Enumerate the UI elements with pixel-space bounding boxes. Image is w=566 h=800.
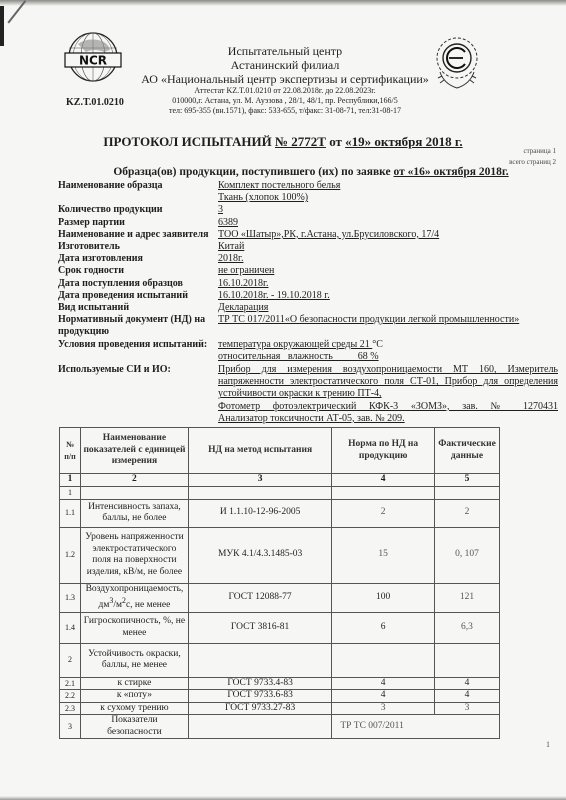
row-actual	[434, 486, 499, 499]
table-row: 3 Показатели безопасности ТР ТС 007/2011	[60, 715, 500, 739]
mfg-date-label: Дата изготовления	[58, 253, 218, 265]
attestat: Аттестат KZ.T.01.0210 от 22.08.2018г. до…	[140, 86, 430, 96]
row-num: 1	[60, 486, 81, 499]
row-norm: 4	[332, 690, 435, 703]
sample-heading-text: Образца(ов) продукции, поступившего (их)…	[113, 166, 393, 178]
row-norm	[332, 486, 435, 499]
info-row-sample-name: Наименование образца Комплект постельног…	[58, 180, 558, 192]
shelf-life-value: не ограничен	[218, 265, 558, 277]
received-value: 16.10.2018г.	[218, 278, 558, 290]
batch-label: Размер партии	[58, 217, 218, 229]
title-middle: от	[326, 134, 345, 149]
row-indicator: Уровень напряженности электростатическог…	[80, 527, 188, 583]
unit-part: с, не менее	[126, 600, 170, 610]
row-method: ГОСТ 12088-77	[188, 583, 331, 612]
row-indicator: к стирке	[80, 677, 188, 690]
norm-doc-value: ТР ТС 017/2011«О безопасности продукции …	[218, 314, 558, 338]
row-num: 2	[60, 643, 81, 677]
row-norm	[332, 643, 435, 677]
row-norm: 15	[332, 527, 435, 583]
page-info: страница 1 всего страниц 2	[509, 146, 556, 168]
row-indicator: Показатели безопасности	[80, 715, 188, 739]
protocol-number: № 2772Т	[275, 134, 326, 149]
row-indicator: к «поту»	[80, 690, 188, 703]
table-row: 2.1 к стирке ГОСТ 9733.4-83 4 4	[60, 677, 500, 690]
row-norm: 4	[332, 677, 435, 690]
quantity-value: 3	[218, 204, 558, 216]
col-number: 5	[434, 474, 499, 487]
info-row-conditions: Условия проведения испытаний: температур…	[58, 339, 558, 351]
sample-info: Наименование образца Комплект постельног…	[58, 180, 558, 425]
test-dates-value: 16.10.2018г. - 19.10.2018 г.	[218, 290, 558, 302]
row-actual: 3	[434, 702, 499, 715]
page-number: 1	[546, 740, 550, 749]
table-row: 1.2 Уровень напряженности электростатиче…	[60, 527, 500, 583]
sample-name-value: Комплект постельного белья	[218, 180, 558, 192]
row-indicator	[80, 486, 188, 499]
row-actual: 6,3	[434, 612, 499, 643]
header-method: НД на метод испытания	[188, 428, 331, 474]
temp-value: температура окружающей среды 21	[218, 339, 372, 350]
test-dates-label: Дата проведения испытаний	[58, 290, 218, 302]
scan-bottom-edge	[0, 796, 566, 800]
results-table: № п/п Наименование показателей с единице…	[59, 427, 500, 739]
info-row-test-dates: Дата проведения испытаний 16.10.2018г. -…	[58, 290, 558, 302]
row-actual: 2	[434, 499, 499, 527]
row-indicator: к сухому трению	[80, 702, 188, 715]
phones: тел: 695-355 (вн.1571), факс: 533-655, т…	[140, 106, 430, 116]
table-row: 1.4 Гигроскопичность, %, не менее ГОСТ 3…	[60, 612, 500, 643]
table-row: 2 Устойчивость окраски, баллы, не менее	[60, 643, 500, 677]
conditions-temp: температура окружающей среды 21 °С	[218, 339, 558, 351]
scan-left-edge	[0, 6, 4, 46]
mfg-date-value: 2018г.	[218, 253, 558, 265]
norm-doc-label-2: продукцию	[58, 326, 218, 338]
humidity-value: относительная влажность 68 %	[218, 351, 558, 363]
equipment-line-3: Анализатор токсичности АТ-05, зав. № 209…	[218, 413, 558, 425]
info-row-test-type: Вид испытаний Декларация	[58, 302, 558, 314]
table-header-row: № п/п Наименование показателей с единице…	[60, 428, 500, 474]
indicator-text: Воздухопроницаемость,	[86, 584, 184, 594]
row-actual: 121	[434, 583, 499, 612]
col-number: 2	[80, 474, 188, 487]
row-actual: 4	[434, 690, 499, 703]
org-line-1: Испытательный центр	[140, 44, 430, 58]
info-row-sample-fabric: Ткань (хлопок 100%)	[58, 192, 558, 204]
info-row-received: Дата поступления образцов 16.10.2018г.	[58, 278, 558, 290]
org-line-3: АО «Национальный центр экспертизы и серт…	[140, 72, 430, 86]
column-number-row: 1 2 3 4 5	[60, 474, 500, 487]
equipment-label: Используемые СИ и ИО:	[58, 364, 218, 425]
equipment-line-1: Прибор для измерения воздухопроницаемост…	[218, 364, 558, 401]
manufacturer-value: Китай	[218, 241, 558, 253]
batch-value: 6389	[218, 217, 558, 229]
ncr-globe-logo-icon: NCR	[64, 30, 122, 88]
row-norm: 100	[332, 583, 435, 612]
row-indicator: Воздухопроницаемость,дм3/м2с, не менее	[80, 583, 188, 612]
row-method: И 1.1.10-12-96-2005	[188, 499, 331, 527]
info-row-mfg-date: Дата изготовления 2018г.	[58, 253, 558, 265]
header-actual: Фактические данные	[434, 428, 499, 474]
row-indicator: Устойчивость окраски, баллы, не менее	[80, 643, 188, 677]
manufacturer-label: Изготовитель	[58, 241, 218, 253]
table-row: 1	[60, 486, 500, 499]
scan-top-edge	[0, 0, 566, 6]
quantity-label: Количество продукции	[58, 204, 218, 216]
logo-code: KZ.T.01.0210	[66, 97, 124, 108]
row-indicator: Гигроскопичность, %, не менее	[80, 612, 188, 643]
row-norm: 3	[332, 702, 435, 715]
test-type-value: Декларация	[218, 302, 558, 314]
table-row: 1.3 Воздухопроницаемость,дм3/м2с, не мен…	[60, 583, 500, 612]
application-date: от «16» октября 2018г.	[394, 166, 509, 178]
header-num: № п/п	[60, 428, 81, 474]
row-method: ГОСТ 9733.27-83	[188, 702, 331, 715]
protocol-date: «19» октября 2018 г.	[345, 134, 462, 149]
conditions-label: Условия проведения испытаний:	[58, 339, 218, 351]
applicant-value: ТОО «Шатыр»,РК, г.Астана, ул.Брусиловско…	[218, 229, 558, 241]
row-num: 2.1	[60, 677, 81, 690]
col-number: 3	[188, 474, 331, 487]
title-prefix: ПРОТОКОЛ ИСПЫТАНИЙ	[103, 134, 275, 149]
header-norm: Норма по НД на продукцию	[332, 428, 435, 474]
norm-doc-label: Нормативный документ (НД) на	[58, 314, 218, 326]
info-row-shelf-life: Срок годности не ограничен	[58, 265, 558, 277]
row-method	[188, 486, 331, 499]
header-org-block: Испытательный центр Астанинский филиал А…	[140, 44, 430, 116]
row-num: 1.4	[60, 612, 81, 643]
svg-text:NCR: NCR	[79, 54, 107, 68]
row-norm: 2	[332, 499, 435, 527]
col-number: 1	[60, 474, 81, 487]
row-num: 2.3	[60, 702, 81, 715]
row-num: 3	[60, 715, 81, 739]
info-row-equipment: Используемые СИ и ИО: Прибор для измерен…	[58, 364, 558, 425]
row-num: 1.3	[60, 583, 81, 612]
row-num: 1.2	[60, 527, 81, 583]
test-type-label: Вид испытаний	[58, 302, 218, 314]
address: 010000,г. Астана, ул. М. Ауэзова , 28/1,…	[140, 96, 430, 106]
certification-emblem-icon	[432, 32, 482, 94]
row-indicator: Интенсивность запаха, баллы, не более	[80, 499, 188, 527]
row-num: 2.2	[60, 690, 81, 703]
row-method: МУК 4.1/4.3.1485-03	[188, 527, 331, 583]
col-number: 4	[332, 474, 435, 487]
org-line-2: Астанинский филиал	[140, 58, 430, 72]
row-method	[188, 715, 331, 739]
row-num: 1.1	[60, 499, 81, 527]
row-norm: ТР ТС 007/2011	[332, 715, 500, 739]
table-row: 2.3 к сухому трению ГОСТ 9733.27-83 3 3	[60, 702, 500, 715]
protocol-title: ПРОТОКОЛ ИСПЫТАНИЙ № 2772Т от «19» октяб…	[0, 134, 566, 150]
page-current: страница 1	[509, 146, 556, 157]
info-row-humidity: относительная влажность 68 %	[58, 351, 558, 363]
row-actual: 4	[434, 677, 499, 690]
row-norm: 6	[332, 612, 435, 643]
shelf-life-label: Срок годности	[58, 265, 218, 277]
row-actual	[434, 643, 499, 677]
applicant-label: Наименование и адрес заявителя	[58, 229, 218, 241]
equipment-line-2: Фотометр фотоэлектрический КФК-3 «ЗОМЗ»,…	[218, 401, 558, 413]
sample-heading: Образца(ов) продукции, поступившего (их)…	[0, 166, 566, 178]
temp-unit: °С	[372, 339, 383, 351]
info-row-norm-doc: Нормативный документ (НД) на продукцию Т…	[58, 314, 558, 338]
info-row-batch: Размер партии 6389	[58, 217, 558, 229]
info-row-manufacturer: Изготовитель Китай	[58, 241, 558, 253]
row-actual: 0, 107	[434, 527, 499, 583]
received-label: Дата поступления образцов	[58, 278, 218, 290]
table-row: 2.2 к «поту» ГОСТ 9733.6-83 4 4	[60, 690, 500, 703]
row-method	[188, 643, 331, 677]
info-row-applicant: Наименование и адрес заявителя ТОО «Шаты…	[58, 229, 558, 241]
unit-part: дм	[99, 600, 110, 610]
sample-fabric-value: Ткань (хлопок 100%)	[218, 192, 558, 204]
row-method: ГОСТ 3816-81	[188, 612, 331, 643]
sample-name-label: Наименование образца	[58, 180, 218, 192]
header-indicator: Наименование показателей с единицей изме…	[80, 428, 188, 474]
table-row: 1.1 Интенсивность запаха, баллы, не боле…	[60, 499, 500, 527]
unit-part: /м	[113, 600, 122, 610]
row-method: ГОСТ 9733.4-83	[188, 677, 331, 690]
row-method: ГОСТ 9733.6-83	[188, 690, 331, 703]
info-row-quantity: Количество продукции 3	[58, 204, 558, 216]
